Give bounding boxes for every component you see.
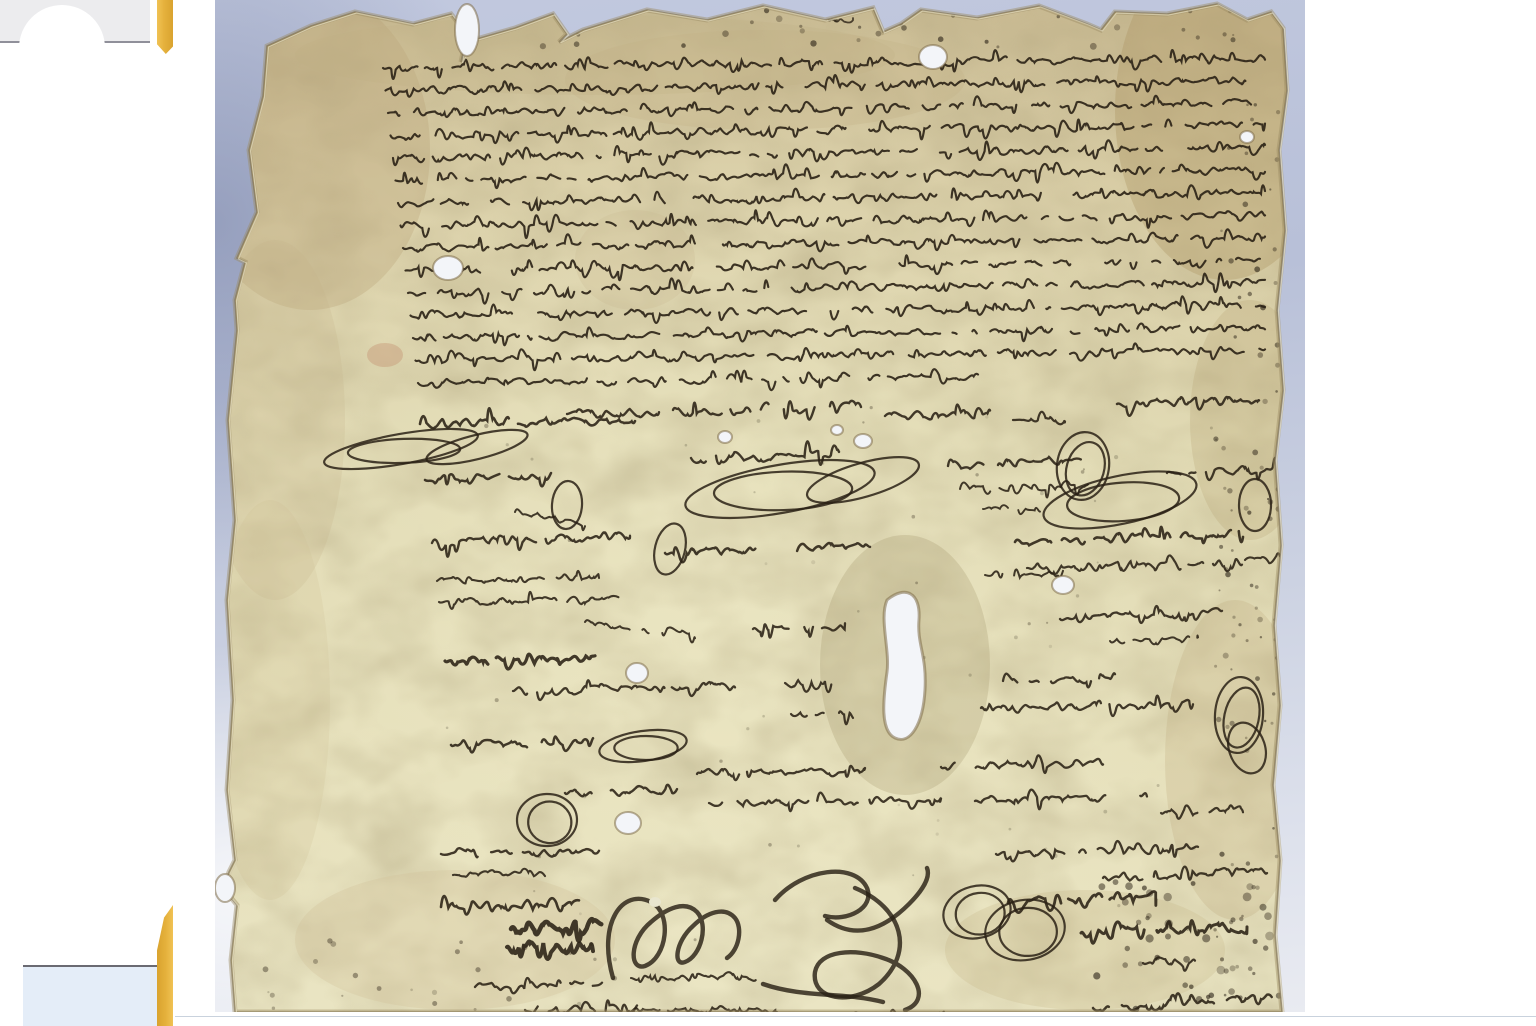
- bottom-left-panel: [23, 965, 157, 1026]
- manuscript-scan: [215, 0, 1305, 1012]
- page: { "page": { "background": "#ffffff" }, "…: [0, 0, 1536, 1026]
- paper: [215, 0, 1305, 1012]
- accent-stripe-top: [157, 0, 173, 54]
- manuscript-image: [215, 0, 1305, 1012]
- bottom-divider-line: [175, 1016, 1536, 1017]
- accent-stripe-bottom: [157, 900, 173, 1026]
- decorative-blob: [19, 5, 105, 91]
